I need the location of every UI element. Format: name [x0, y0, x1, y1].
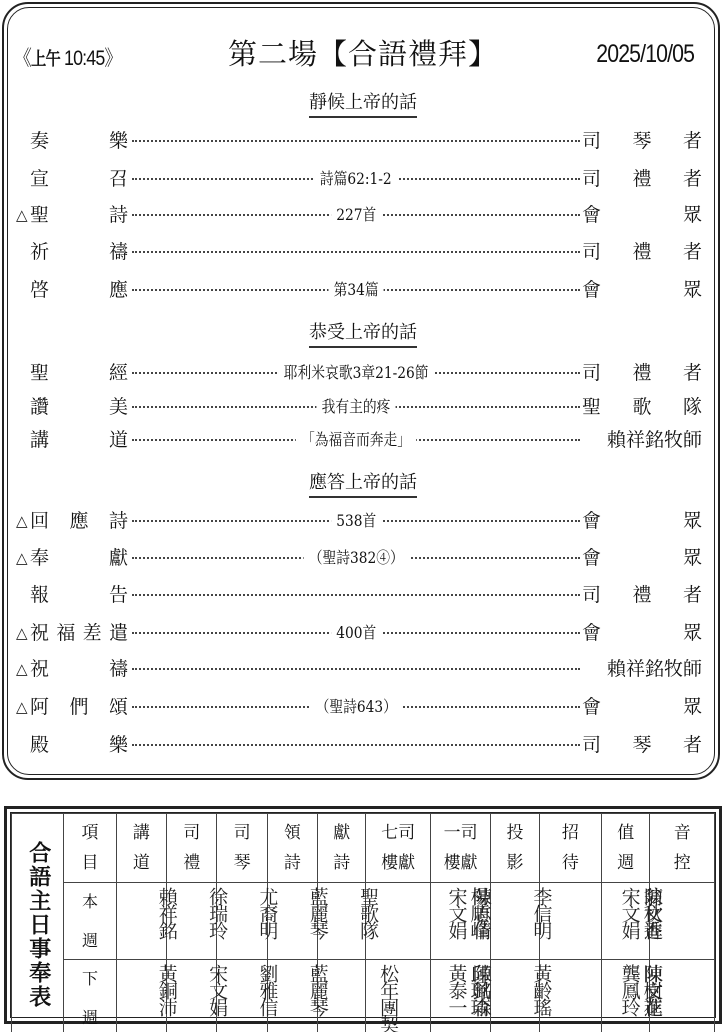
- label-char: 禱: [109, 654, 128, 684]
- program-row: △祝福差遣400首會眾: [0, 618, 726, 648]
- column-header-line: 樓獻: [431, 848, 490, 878]
- role-text: 司: [582, 164, 601, 194]
- program-item-role: 賴祥銘牧師: [582, 654, 702, 684]
- program-row: 祈禱司禮者: [0, 237, 726, 267]
- role-text: 會: [582, 692, 601, 722]
- label-char: 阿: [30, 692, 49, 722]
- column-header-line: 禮: [167, 848, 216, 878]
- dot-leader: [132, 126, 580, 156]
- role-text: 眾: [683, 506, 702, 536]
- label-char: 美: [109, 392, 128, 422]
- congregation-stand-marker: △: [16, 506, 28, 536]
- program-row: △祝禱賴祥銘牧師: [0, 654, 726, 684]
- program-item-detail: 「為福音而奔走」: [296, 425, 416, 455]
- duty-column-header: 一司樓獻: [430, 814, 490, 883]
- next-week-label: 下週: [64, 960, 116, 1032]
- program-item-role: 會眾: [582, 692, 702, 722]
- program-item-label: 宣召: [30, 164, 128, 194]
- role-text: 司: [582, 358, 601, 388]
- label-char: 報: [30, 580, 49, 610]
- program-item-role: 會眾: [582, 506, 702, 536]
- program-item-label: 奏樂: [30, 126, 128, 156]
- next-week-assignee: 黃齡瑤: [491, 960, 539, 1032]
- role-text: 琴: [632, 126, 651, 156]
- role-text: 禮: [632, 164, 651, 194]
- program-item-role: 司禮者: [582, 580, 702, 610]
- role-text: 會: [582, 200, 601, 230]
- this-week-label: 本週: [64, 883, 116, 960]
- program-item-detail: 我有主的疼: [316, 392, 395, 422]
- this-week-assignee: 徐瑞玲: [167, 883, 217, 960]
- assignee-name: 陳志倩: [471, 887, 491, 938]
- dot-leader: （聖詩643）: [132, 692, 580, 722]
- program-item-detail: 第34篇: [328, 275, 383, 305]
- dot-leader: 400首: [132, 618, 580, 648]
- label-char: 讚: [30, 392, 49, 422]
- program-item-role: 會眾: [582, 543, 702, 573]
- column-header-line: 道: [117, 848, 166, 878]
- duty-column-header: 講道: [116, 814, 166, 883]
- program-item-label: 奉獻: [30, 543, 128, 573]
- duty-column-header: 值週: [602, 814, 650, 883]
- role-text: 司: [582, 580, 601, 610]
- dot-leader: [132, 237, 580, 267]
- program-item-label: 啓應: [30, 275, 128, 305]
- column-header-line: 七司: [366, 818, 429, 848]
- duty-roster-table: 合語主日事奉表項目講道司禮司琴領詩獻詩七司樓獻一司樓獻投影招待值週音控本週賴祥銘…: [11, 813, 715, 1032]
- duty-roster: 合語主日事奉表項目講道司禮司琴領詩獻詩七司樓獻一司樓獻投影招待值週音控本週賴祥銘…: [4, 806, 722, 1024]
- duty-column-header: 投影: [491, 814, 539, 883]
- program-item-label: 阿們頌: [30, 692, 128, 722]
- dot-leader: 詩篇62:1-2: [132, 164, 580, 194]
- this-week-assignee: 陳文進: [602, 883, 650, 960]
- program-item-role: 司禮者: [582, 237, 702, 267]
- program-item-detail: 227首: [331, 200, 381, 230]
- next-week-assignee: 黃銅沛: [116, 960, 166, 1032]
- role-text: 會: [582, 275, 601, 305]
- column-header-line: 控: [650, 848, 714, 878]
- program-row: 殿樂司琴者: [0, 730, 726, 760]
- section-title-receiving: 恭受上帝的話: [0, 322, 726, 348]
- label-char: 應: [69, 506, 88, 536]
- role-text: 會: [582, 618, 601, 648]
- column-header-line: 詩: [268, 848, 317, 878]
- column-header-line: 司: [167, 818, 216, 848]
- role-text: 司: [582, 237, 601, 267]
- label-char: 差: [83, 618, 102, 648]
- label-char: 頌: [109, 692, 128, 722]
- label-char: 樂: [109, 126, 128, 156]
- column-header-line: 音: [650, 818, 714, 848]
- program-item-role: 司禮者: [582, 164, 702, 194]
- congregation-stand-marker: △: [16, 200, 28, 230]
- next-week-assignee: 朱雅婷朱雅筠: [650, 960, 715, 1032]
- congregation-stand-marker: △: [16, 543, 28, 573]
- label-char: 道: [109, 425, 128, 455]
- role-text: 眾: [683, 692, 702, 722]
- column-header-line: 講: [117, 818, 166, 848]
- dot-leader: 第34篇: [132, 275, 580, 305]
- role-text: 禮: [632, 358, 651, 388]
- program-item-label: 讚美: [30, 392, 128, 422]
- program-row: 讚美我有主的疼聖歌隊: [0, 392, 726, 422]
- this-week-assignee: 李信明: [491, 883, 539, 960]
- label-char: 祝: [30, 654, 49, 684]
- program-item-label: 回應詩: [30, 506, 128, 536]
- role-text: 者: [683, 358, 702, 388]
- program-item-role: 司琴者: [582, 126, 702, 156]
- week-label-char: 週: [64, 1005, 115, 1028]
- section-title-responding: 應答上帝的話: [0, 472, 726, 498]
- week-label-char: 週: [64, 928, 115, 951]
- column-header-line: 一司: [431, 818, 490, 848]
- role-text: 者: [683, 580, 702, 610]
- column-header-line: 司: [217, 818, 266, 848]
- role-text: 賴祥銘牧師: [607, 654, 702, 684]
- assignee-name: 陳銘森: [471, 964, 491, 1015]
- duty-column-header: 招待: [539, 814, 601, 883]
- label-char: 經: [109, 358, 128, 388]
- label-char: 講: [30, 425, 49, 455]
- label-char: 宣: [30, 164, 49, 194]
- program-item-label: 祈禱: [30, 237, 128, 267]
- program-row: △聖詩227首會眾: [0, 200, 726, 230]
- next-week-assignee: 松年團契: [318, 960, 366, 1032]
- label-char: 詩: [109, 506, 128, 536]
- column-header-line: 週: [602, 848, 649, 878]
- role-text: 禮: [632, 237, 651, 267]
- duty-roster-title: 合語主日事奉表: [12, 814, 64, 1032]
- duty-column-header: 司禮: [167, 814, 217, 883]
- label-char: 祝: [30, 618, 49, 648]
- program-row: △阿們頌（聖詩643）會眾: [0, 692, 726, 722]
- label-char: 啓: [30, 275, 49, 305]
- congregation-stand-marker: △: [16, 654, 28, 684]
- next-week-assignee: 陳文進: [602, 960, 650, 1032]
- role-text: 眾: [683, 275, 702, 305]
- label-char: 召: [109, 164, 128, 194]
- dot-leader: 「為福音而奔走」: [132, 425, 580, 455]
- program-item-role: 會眾: [582, 200, 702, 230]
- item-header-char: 目: [64, 848, 115, 878]
- program-item-label: 祝福差遣: [30, 618, 128, 648]
- program-item-label: 聖詩: [30, 200, 128, 230]
- this-week-assignee: 朱雅婷朱雅筠: [650, 883, 715, 960]
- role-text: 會: [582, 543, 601, 573]
- item-header-char: 項: [64, 818, 115, 848]
- duty-column-header: 七司樓獻: [366, 814, 430, 883]
- dot-leader: 538首: [132, 506, 580, 536]
- column-header-line: 招: [540, 818, 601, 848]
- program-row: 聖經耶利米哀歌3章21-26節司禮者: [0, 358, 726, 388]
- next-week-assignee: 陳銘森: [430, 960, 490, 1032]
- service-date: 2025/10/05: [596, 40, 694, 69]
- this-week-assignee: 賴祥銘: [116, 883, 166, 960]
- week-label-char: 下: [64, 966, 115, 989]
- column-header-line: 獻: [318, 818, 365, 848]
- role-text: 司: [582, 126, 601, 156]
- label-char: 告: [109, 580, 128, 610]
- program-row: △奉獻（聖詩382④）會眾: [0, 543, 726, 573]
- program-item-label: 報告: [30, 580, 128, 610]
- program-item-detail: （聖詩382④）: [303, 543, 408, 573]
- program-item-label: 講道: [30, 425, 128, 455]
- this-week-assignee: 尤裔明: [217, 883, 267, 960]
- role-text: 禮: [632, 580, 651, 610]
- role-text: 眾: [683, 618, 702, 648]
- dot-leader: （聖詩382④）: [132, 543, 580, 573]
- role-text: 者: [683, 730, 702, 760]
- label-char: 回: [30, 506, 49, 536]
- column-header-line: 樓獻: [366, 848, 429, 878]
- label-char: 遣: [109, 618, 128, 648]
- program-item-detail: 400首: [331, 618, 381, 648]
- program-row: 講道「為福音而奔走」賴祥銘牧師: [0, 425, 726, 455]
- dot-leader: 227首: [132, 200, 580, 230]
- role-text: 會: [582, 506, 601, 536]
- program-item-detail: （聖詩643）: [310, 692, 402, 722]
- label-char: 樂: [109, 730, 128, 760]
- program-row: 報告司禮者: [0, 580, 726, 610]
- column-header-line: 影: [491, 848, 538, 878]
- program-item-label: 殿樂: [30, 730, 128, 760]
- program-item-detail: 詩篇62:1-2: [315, 164, 397, 194]
- column-header-line: 待: [540, 848, 601, 878]
- role-text: 歌: [632, 392, 651, 422]
- dot-leader: [132, 580, 580, 610]
- this-week-assignee: 翁秋香宋文娟: [539, 883, 601, 960]
- item-header: 項目: [64, 814, 116, 883]
- next-week-assignee: 劉雅信: [217, 960, 267, 1032]
- column-header-line: 值: [602, 818, 649, 848]
- label-char: 奉: [30, 543, 49, 573]
- role-text: 隊: [683, 392, 702, 422]
- label-char: 詩: [109, 200, 128, 230]
- this-week-assignee: 藍麗琴: [267, 883, 317, 960]
- column-header-line: 領: [268, 818, 317, 848]
- program-row: 宣召詩篇62:1-2司禮者: [0, 164, 726, 194]
- dot-leader: 耶利米哀歌3章21-26節: [132, 358, 580, 388]
- role-text: 琴: [632, 730, 651, 760]
- column-header-line: 投: [491, 818, 538, 848]
- program-item-role: 賴祥銘牧師: [582, 425, 702, 455]
- program-item-role: 司琴者: [582, 730, 702, 760]
- role-text: 者: [683, 164, 702, 194]
- duty-column-header: 司琴: [217, 814, 267, 883]
- duty-column-header: 獻詩: [318, 814, 366, 883]
- role-text: 司: [582, 730, 601, 760]
- program-row: 啓應第34篇會眾: [0, 275, 726, 305]
- role-text: 者: [683, 126, 702, 156]
- program-item-role: 會眾: [582, 275, 702, 305]
- label-char: 應: [109, 275, 128, 305]
- program-item-detail: 538首: [331, 506, 381, 536]
- role-text: 賴祥銘牧師: [607, 425, 702, 455]
- this-week-assignee: 陳志倩: [430, 883, 490, 960]
- this-week-assignee: 楊順峰宋文娟: [366, 883, 430, 960]
- label-char: 奏: [30, 126, 49, 156]
- this-week-assignee: 聖歌隊: [318, 883, 366, 960]
- role-text: 聖: [582, 392, 601, 422]
- label-char: 聖: [30, 358, 49, 388]
- column-header-line: 詩: [318, 848, 365, 878]
- program-item-label: 祝禱: [30, 654, 128, 684]
- role-text: 者: [683, 237, 702, 267]
- label-char: 們: [69, 692, 88, 722]
- next-week-assignee: 宋文娟: [167, 960, 217, 1032]
- role-text: 眾: [683, 200, 702, 230]
- dot-leader: 我有主的疼: [132, 392, 580, 422]
- next-week-assignee: 藍麗琴: [267, 960, 317, 1032]
- duty-column-header: 領詩: [267, 814, 317, 883]
- congregation-stand-marker: △: [16, 692, 28, 722]
- program-item-role: 司禮者: [582, 358, 702, 388]
- next-week-assignee: 陳樹花龔鳳玲: [539, 960, 601, 1032]
- program-item-role: 聖歌隊: [582, 392, 702, 422]
- column-header-line: 琴: [217, 848, 266, 878]
- program-row: △回應詩538首會眾: [0, 506, 726, 536]
- program-row: 奏樂司琴者: [0, 126, 726, 156]
- section-title-waiting: 靜候上帝的話: [0, 92, 726, 118]
- label-char: 福: [56, 618, 75, 648]
- program-header: 《上午 10:45》 第二場【合語禮拜】 2025/10/05: [0, 32, 726, 76]
- dot-leader: [132, 654, 580, 684]
- program-item-role: 會眾: [582, 618, 702, 648]
- label-char: 聖: [30, 200, 49, 230]
- label-char: 禱: [109, 237, 128, 267]
- week-label-char: 本: [64, 889, 115, 912]
- label-char: 獻: [109, 543, 128, 573]
- dot-leader: [132, 730, 580, 760]
- label-char: 殿: [30, 730, 49, 760]
- role-text: 眾: [683, 543, 702, 573]
- label-char: 祈: [30, 237, 49, 267]
- program-item-detail: 耶利米哀歌3章21-26節: [278, 358, 433, 388]
- congregation-stand-marker: △: [16, 618, 28, 648]
- program-item-label: 聖經: [30, 358, 128, 388]
- duty-column-header: 音控: [650, 814, 715, 883]
